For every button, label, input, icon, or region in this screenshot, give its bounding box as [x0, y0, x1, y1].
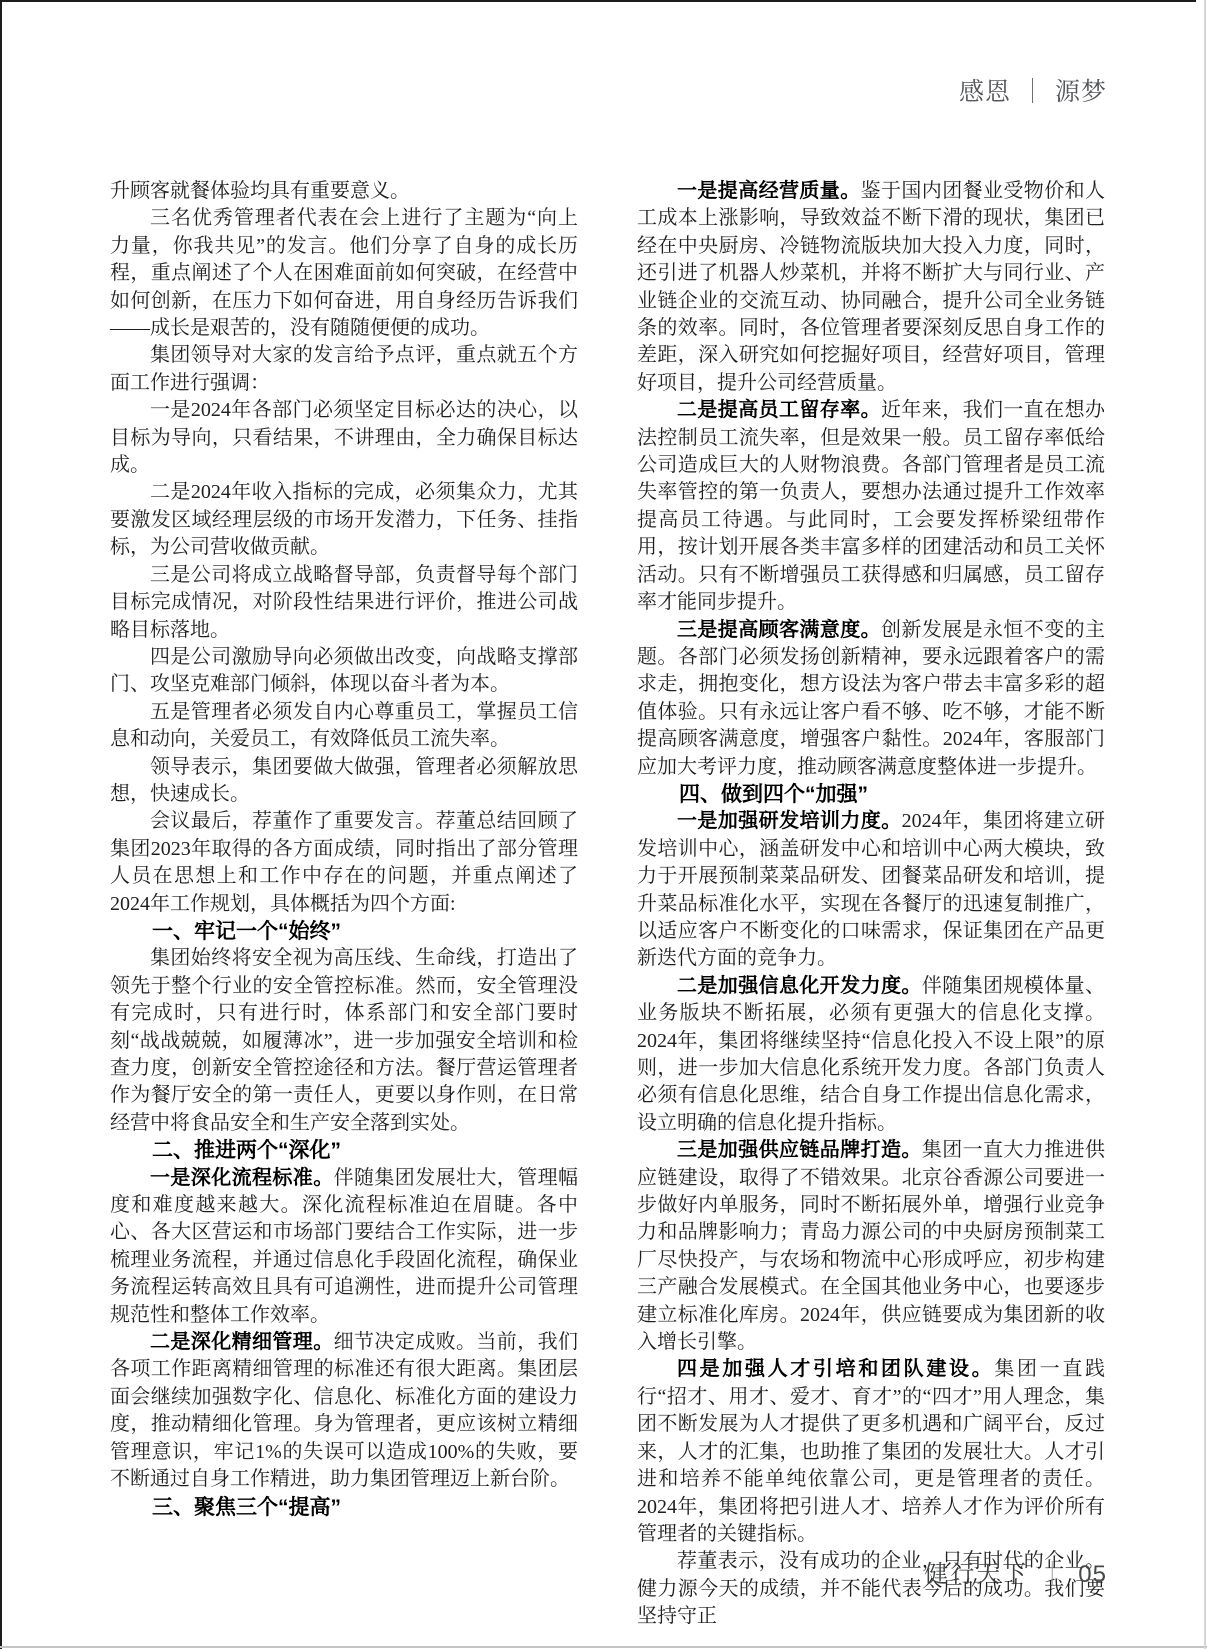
body-paragraph: 二是提高员工留存率。近年来，我们一直在想办法控制员工流失率，但是效果一般。员工留… — [637, 397, 1105, 616]
body-paragraph: 二是加强信息化开发力度。伴随集团规模体量、业务版块不断拓展，必须有更强大的信息化… — [637, 973, 1105, 1137]
header-section-right: 源梦 — [1055, 78, 1107, 106]
body-paragraph: 升顾客就餐体验均具有重要意义。 — [110, 178, 578, 205]
page-border-bottom — [0, 1646, 1207, 1648]
page-border-top — [0, 0, 1196, 2]
footer-page-number: 05 — [1078, 1561, 1107, 1588]
running-footer: 健行天下｜05 — [924, 1554, 1107, 1589]
page-border-right — [1204, 0, 1206, 1649]
right-column: 一是提高经营质量。鉴于国内团餐业受物价和人工成本上涨影响，导致效益不断下滑的现状… — [637, 178, 1105, 1631]
body-paragraph: 四是加强人才引培和团队建设。集团一直践行“招才、用才、爱才、育才”的“四才”用人… — [637, 1356, 1105, 1548]
body-paragraph: 一是深化流程标准。伴随集团发展壮大，管理幅度和难度越来越大。深化流程标准迫在眉睫… — [110, 1165, 578, 1329]
body-paragraph: 三是公司将成立战略督导部，负责督导每个部门目标完成情况，对阶段性结果进行评价，推… — [110, 562, 578, 644]
paragraph-lead: 一是深化流程标准。 — [150, 1167, 334, 1189]
header-section-left: 感恩 — [959, 78, 1011, 106]
body-paragraph: 三是加强供应链品牌打造。集团一直大力推进供应链建设，取得了不错效果。北京谷香源公… — [637, 1137, 1105, 1356]
left-column: 升顾客就餐体验均具有重要意义。三名优秀管理者代表在会上进行了主题为“向上力量，你… — [110, 178, 578, 1631]
section-heading: 二、推进两个“深化” — [110, 1137, 578, 1164]
body-paragraph: 二是深化精细管理。细节决定成败。当前，我们各项工作距离精细管理的标准还有很大距离… — [110, 1329, 578, 1493]
paragraph-lead: 三是加强供应链品牌打造。 — [677, 1139, 922, 1161]
body-paragraph: 一是提高经营质量。鉴于国内团餐业受物价和人工成本上涨影响，导致效益不断下滑的现状… — [637, 178, 1105, 397]
header-separator: ｜ — [1011, 78, 1055, 106]
body-paragraph: 集团始终将安全视为高压线、生命线，打造出了领先于整个行业的安全管控标准。然而，安… — [110, 945, 578, 1137]
running-header: 感恩｜源梦 — [959, 72, 1107, 108]
body-paragraph: 一是加强研发培训力度。2024年，集团将建立研发培训中心，涵盖研发中心和培训中心… — [637, 808, 1105, 972]
paragraph-lead: 四是加强人才引培和团队建设。 — [677, 1358, 994, 1380]
page-border-left — [0, 0, 2, 1649]
section-heading: 一、牢记一个“始终” — [110, 918, 578, 945]
body-paragraph: 会议最后，荐董作了重要发言。荐董总结回顾了集团2023年取得的各方面成绩，同时指… — [110, 808, 578, 918]
body-paragraph: 三名优秀管理者代表在会上进行了主题为“向上力量，你我共见”的发言。他们分享了自身… — [110, 205, 578, 342]
section-heading: 四、做到四个“加强” — [637, 781, 1105, 808]
paragraph-lead: 二是深化精细管理。 — [150, 1331, 334, 1353]
magazine-page: { "page": { "header": { "section_left": … — [0, 0, 1207, 1649]
paragraph-lead: 一是加强研发培训力度。 — [677, 810, 902, 832]
body-paragraph: 五是管理者必须发自内心尊重员工，掌握员工信息和动向，关爱员工，有效降低员工流失率… — [110, 699, 578, 754]
footer-magazine-title: 健行天下 — [924, 1561, 1028, 1588]
body-paragraph: 三是提高顾客满意度。创新发展是永恒不变的主题。各部门必须发扬创新精神，要永远跟着… — [637, 617, 1105, 781]
body-paragraph: 集团领导对大家的发言给予点评，重点就五个方面工作进行强调： — [110, 342, 578, 397]
body-paragraph: 领导表示，集团要做大做强，管理者必须解放思想，快速成长。 — [110, 754, 578, 809]
paragraph-lead: 一是提高经营质量。 — [677, 180, 861, 202]
body-paragraph: 一是2024年各部门必须坚定目标必达的决心，以目标为导向，只看结果，不讲理由，全… — [110, 397, 578, 479]
section-heading: 三、聚焦三个“提高” — [110, 1494, 578, 1521]
article-body: 升顾客就餐体验均具有重要意义。三名优秀管理者代表在会上进行了主题为“向上力量，你… — [110, 178, 1105, 1631]
body-paragraph: 二是2024年收入指标的完成，必须集众力，尤其要激发区域经理层级的市场开发潜力，… — [110, 479, 578, 561]
paragraph-lead: 二是提高员工留存率。 — [677, 399, 881, 421]
paragraph-lead: 二是加强信息化开发力度。 — [677, 975, 922, 997]
paragraph-lead: 三是提高顾客满意度。 — [677, 619, 881, 641]
footer-separator: ｜ — [1028, 1561, 1078, 1588]
body-paragraph: 四是公司激励导向必须做出改变，向战略支撑部门、攻坚克难部门倾斜，体现以奋斗者为本… — [110, 644, 578, 699]
